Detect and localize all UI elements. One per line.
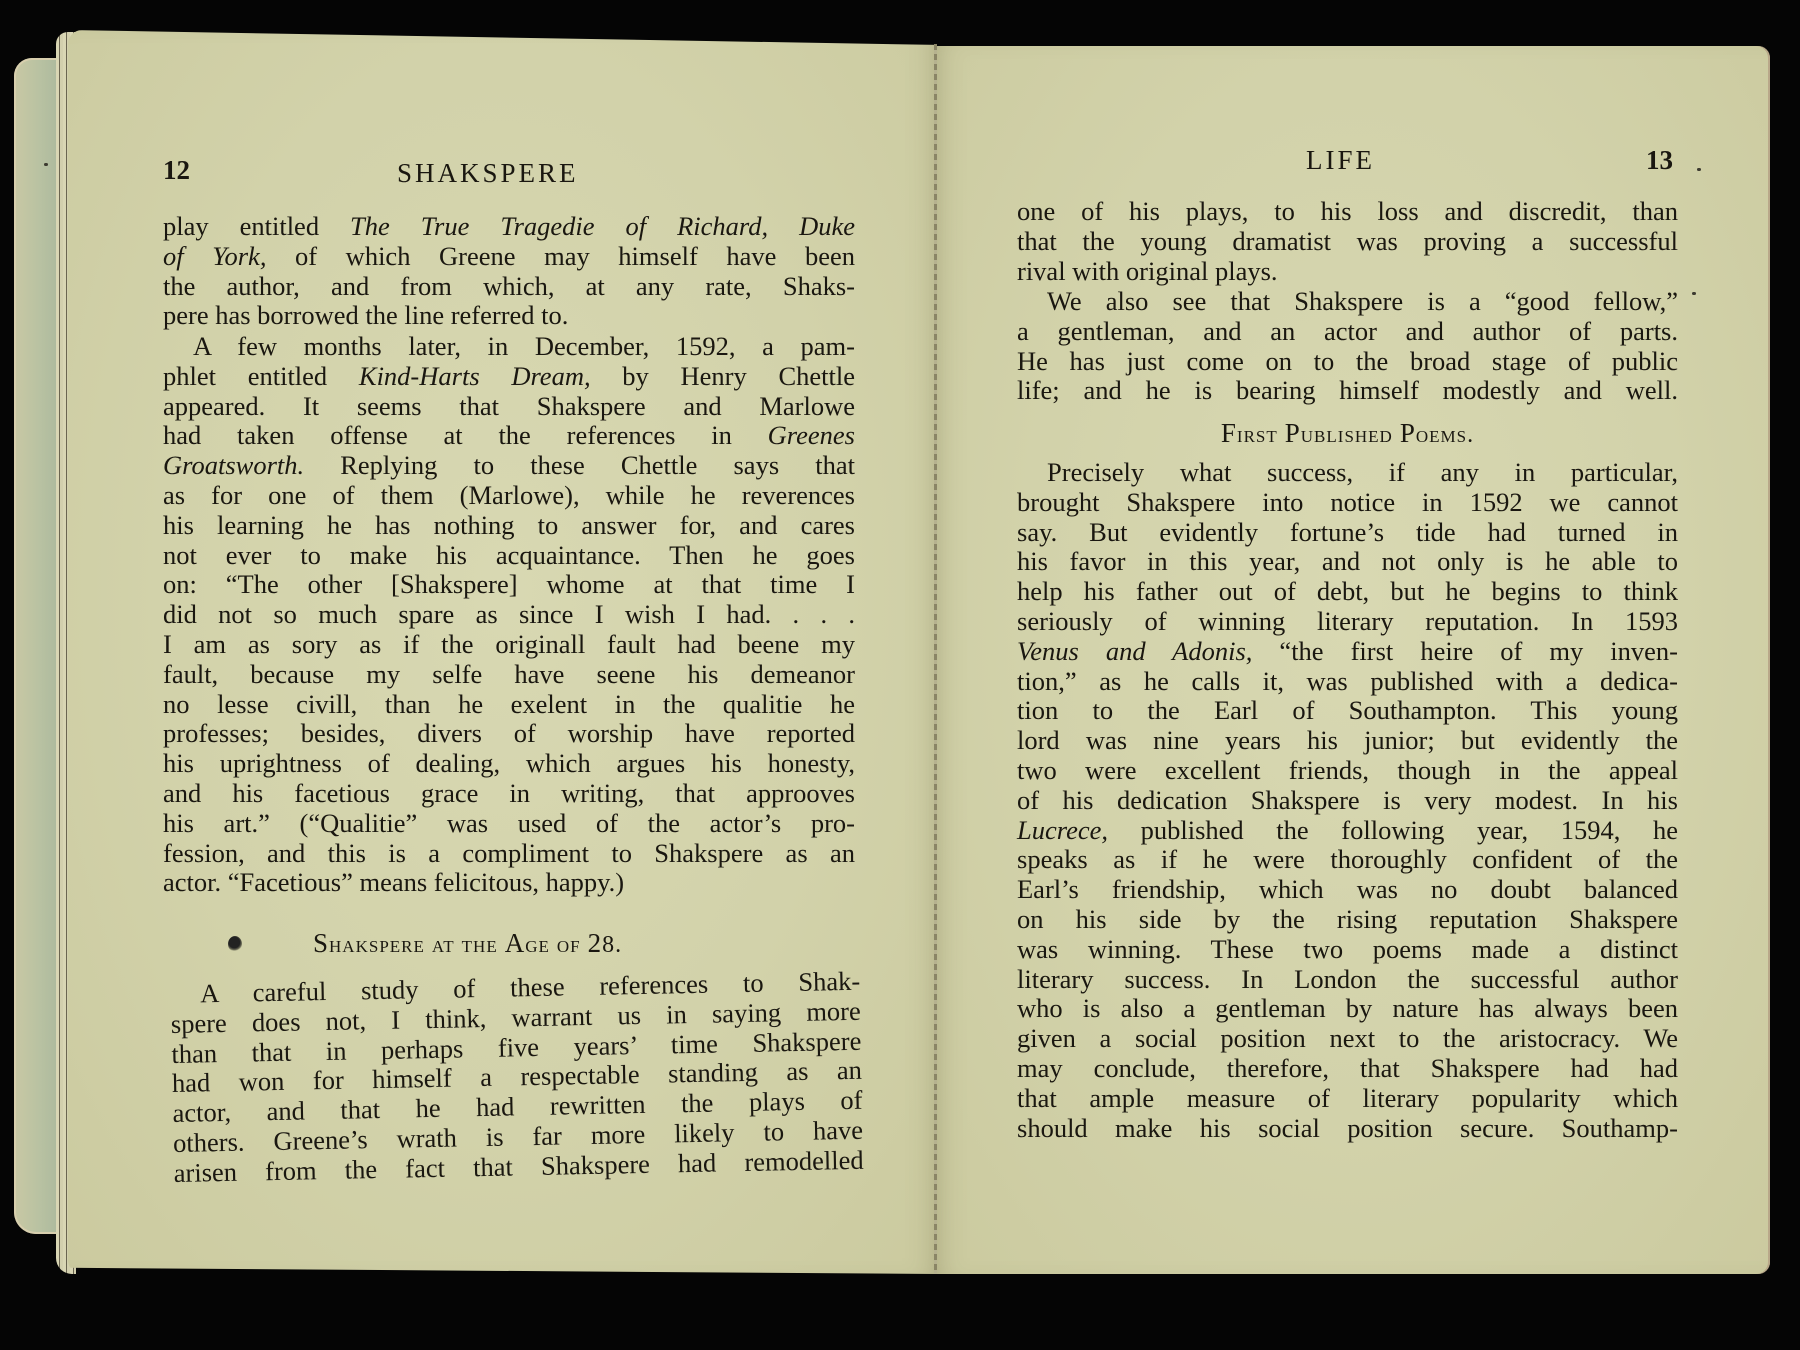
text-run: by Henry Chettle — [591, 361, 855, 391]
text-run: of his dedication Shakspere is very mode… — [1017, 785, 1678, 815]
text-run: not ever to make his acquaintance. Then … — [163, 540, 855, 570]
text-line: lord was nine years his junior; but evid… — [1017, 726, 1678, 756]
right-section-heading-text: First Published Poems. — [1221, 422, 1474, 448]
text-line: literary success. In London the successf… — [1017, 965, 1678, 995]
text-run: “the first heire of my inven- — [1252, 636, 1678, 666]
text-line: his art.” (“Qualitie” was used of the ac… — [163, 809, 855, 839]
text-run: his favor in this year, and not only is … — [1017, 546, 1678, 576]
text-line: on: “The other [Shakspere] whome at that… — [163, 570, 855, 600]
text-run: play entitled — [163, 211, 350, 241]
text-line: who is also a gentleman by nature has al… — [1017, 994, 1678, 1024]
left-paragraph-3: A careful study of these references to S… — [170, 967, 864, 1189]
text-run: one of his plays, to his loss and discre… — [1017, 196, 1678, 226]
text-run: his learning he has nothing to answer fo… — [163, 510, 855, 540]
text-run: pere has borrowed the line referred to. — [163, 300, 568, 330]
text-run: Precisely what success, if any in partic… — [1047, 457, 1678, 487]
text-run: two were excellent friends, though in th… — [1017, 755, 1678, 785]
text-line: He has just come on to the broad stage o… — [1017, 347, 1678, 377]
text-run: I am as sory as if the originall fault h… — [163, 629, 855, 659]
text-line: may conclude, therefore, that Shakspere … — [1017, 1054, 1678, 1084]
left-section-heading-text: Shakspere at the Age of 28. — [313, 932, 622, 958]
text-run: tion,” as he calls it, was published wit… — [1017, 666, 1678, 696]
text-line: given a social position next to the aris… — [1017, 1024, 1678, 1054]
italic-title: Greenes — [768, 420, 855, 450]
text-run: literary success. In London the successf… — [1017, 964, 1678, 994]
text-run: no lesse civill, than he exelent in the … — [163, 689, 855, 719]
text-run: tion to the Earl of Southampton. This yo… — [1017, 695, 1678, 725]
italic-title: The True Tragedie of Richard, Duke — [350, 211, 855, 241]
text-run: seriously of winning literary reputation… — [1017, 606, 1678, 636]
text-line: Lucrece, published the following year, 1… — [1017, 816, 1678, 846]
text-run: and his facetious grace in writing, that… — [163, 778, 855, 808]
text-line: as for one of them (Marlowe), while he r… — [163, 481, 855, 511]
text-run: fault, because my selfe have seene his d… — [163, 659, 855, 689]
text-run: was winning. These two poems made a dist… — [1017, 934, 1678, 964]
text-line: a gentleman, and an actor and author of … — [1017, 317, 1678, 347]
text-line: fession, and this is a compliment to Sha… — [163, 839, 855, 869]
text-run: should make his social position secure. … — [1017, 1113, 1678, 1143]
text-line: help his father out of debt, but he begi… — [1017, 577, 1678, 607]
left-running-head: SHAKSPERE — [397, 158, 579, 189]
text-run: may conclude, therefore, that Shakspere … — [1017, 1053, 1678, 1083]
text-line: appeared. It seems that Shakspere and Ma… — [163, 392, 855, 422]
text-line: brought Shakspere into notice in 1592 we… — [1017, 488, 1678, 518]
text-line: I am as sory as if the originall fault h… — [163, 630, 855, 660]
text-line: life; and he is bearing himself modestly… — [1017, 376, 1678, 406]
text-run: his art.” (“Qualitie” was used of the ac… — [163, 808, 855, 838]
text-line: A few months later, in December, 1592, a… — [163, 332, 855, 362]
text-run: speaks as if he were thoroughly confiden… — [1017, 844, 1678, 874]
left-section-heading: Shakspere at the Age of 28. — [313, 928, 622, 959]
text-run: We also see that Shakspere is a “good fe… — [1047, 286, 1678, 316]
text-line: phlet entitled Kind-Harts Dream, by Henr… — [163, 362, 855, 392]
italic-title: of York, — [163, 241, 266, 271]
text-run: had taken offense at the references in — [163, 420, 768, 450]
text-line: We also see that Shakspere is a “good fe… — [1017, 287, 1678, 317]
text-run: phlet entitled — [163, 361, 359, 391]
text-run: published the following year, 1594, he — [1108, 815, 1678, 845]
text-line: fault, because my selfe have seene his d… — [163, 660, 855, 690]
text-run: on his side by the rising reputation Sha… — [1017, 904, 1678, 934]
left-paragraph-1: play entitled The True Tragedie of Richa… — [163, 212, 855, 331]
text-run: professes; besides, divers of worship ha… — [163, 718, 855, 748]
text-run: who is also a gentleman by nature has al… — [1017, 993, 1678, 1023]
text-run: help his father out of debt, but he begi… — [1017, 576, 1678, 606]
text-run: on: “The other [Shakspere] whome at that… — [163, 569, 855, 599]
text-run: lord was nine years his junior; but evid… — [1017, 725, 1678, 755]
text-line: pere has borrowed the line referred to. — [163, 301, 855, 331]
text-line: was winning. These two poems made a dist… — [1017, 935, 1678, 965]
book-gutter — [934, 44, 937, 1274]
text-run: his uprightness of dealing, which argues… — [163, 748, 855, 778]
text-line: that ample measure of literary popularit… — [1017, 1084, 1678, 1114]
text-line: that the young dramatist was proving a s… — [1017, 227, 1678, 257]
text-line: play entitled The True Tragedie of Richa… — [163, 212, 855, 242]
right-running-head: LIFE — [1306, 145, 1375, 176]
text-line: professes; besides, divers of worship ha… — [163, 719, 855, 749]
text-run: that ample measure of literary popularit… — [1017, 1083, 1678, 1113]
italic-title: Venus and Adonis, — [1017, 636, 1252, 666]
left-paragraph-2: A few months later, in December, 1592, a… — [163, 332, 855, 898]
text-line: his favor in this year, and not only is … — [1017, 547, 1678, 577]
text-run: A few months later, in December, 1592, a… — [193, 331, 855, 361]
text-run: that the young dramatist was proving a s… — [1017, 226, 1678, 256]
text-line: one of his plays, to his loss and discre… — [1017, 197, 1678, 227]
left-page-number: 12 — [163, 155, 190, 186]
text-run: He has just come on to the broad stage o… — [1017, 346, 1678, 376]
text-line: no lesse civill, than he exelent in the … — [163, 690, 855, 720]
right-section-heading: First Published Poems. — [1017, 418, 1678, 449]
text-run: Replying to these Chettle says that — [304, 450, 855, 480]
text-run: did not so much spare as since I wish I … — [163, 599, 855, 629]
text-line: two were excellent friends, though in th… — [1017, 756, 1678, 786]
right-paragraph-1: one of his plays, to his loss and discre… — [1017, 197, 1678, 286]
right-paragraph-2: We also see that Shakspere is a “good fe… — [1017, 287, 1678, 406]
text-line: should make his social position secure. … — [1017, 1114, 1678, 1144]
text-line: Earl’s friendship, which was no doubt ba… — [1017, 875, 1678, 905]
text-line: speaks as if he were thoroughly confiden… — [1017, 845, 1678, 875]
paper-speck — [1692, 292, 1696, 295]
text-line: the author, and from which, at any rate,… — [163, 272, 855, 302]
text-run: a gentleman, and an actor and author of … — [1017, 316, 1678, 346]
text-line: tion to the Earl of Southampton. This yo… — [1017, 696, 1678, 726]
text-run: the author, and from which, at any rate,… — [163, 271, 855, 301]
text-line: his uprightness of dealing, which argues… — [163, 749, 855, 779]
text-line: did not so much spare as since I wish I … — [163, 600, 855, 630]
ink-blot-mark — [228, 936, 242, 952]
text-line: Venus and Adonis, “the first heire of my… — [1017, 637, 1678, 667]
italic-title: Kind-Harts Dream, — [359, 361, 591, 391]
text-line: of York, of which Greene may himself hav… — [163, 242, 855, 272]
text-line: and his facetious grace in writing, that… — [163, 779, 855, 809]
text-line: on his side by the rising reputation Sha… — [1017, 905, 1678, 935]
right-paragraph-3: Precisely what success, if any in partic… — [1017, 458, 1678, 1143]
text-run: say. But evidently fortune’s tide had tu… — [1017, 517, 1678, 547]
paper-speck — [1697, 168, 1701, 171]
right-page-number: 13 — [1646, 145, 1673, 176]
text-run: as for one of them (Marlowe), while he r… — [163, 480, 855, 510]
text-run: actor. “Facetious” means felicitous, hap… — [163, 867, 624, 897]
italic-title: Groatsworth. — [163, 450, 304, 480]
text-run: rival with original plays. — [1017, 256, 1278, 286]
text-run: given a social position next to the aris… — [1017, 1023, 1678, 1053]
text-line: actor. “Facetious” means felicitous, hap… — [163, 868, 855, 898]
text-run: fession, and this is a compliment to Sha… — [163, 838, 855, 868]
text-line: Groatsworth. Replying to these Chettle s… — [163, 451, 855, 481]
text-line: his learning he has nothing to answer fo… — [163, 511, 855, 541]
text-line: rival with original plays. — [1017, 257, 1678, 287]
text-run: Earl’s friendship, which was no doubt ba… — [1017, 874, 1678, 904]
text-run: life; and he is bearing himself modestly… — [1017, 375, 1678, 405]
text-line: not ever to make his acquaintance. Then … — [163, 541, 855, 571]
text-run: of which Greene may himself have been — [266, 241, 855, 271]
text-run: appeared. It seems that Shakspere and Ma… — [163, 391, 855, 421]
text-line: of his dedication Shakspere is very mode… — [1017, 786, 1678, 816]
cover-speck — [44, 163, 48, 166]
text-run: brought Shakspere into notice in 1592 we… — [1017, 487, 1678, 517]
text-line: seriously of winning literary reputation… — [1017, 607, 1678, 637]
text-line: had taken offense at the references in G… — [163, 421, 855, 451]
italic-title: Lucrece, — [1017, 815, 1108, 845]
text-line: say. But evidently fortune’s tide had tu… — [1017, 518, 1678, 548]
text-line: tion,” as he calls it, was published wit… — [1017, 667, 1678, 697]
text-line: Precisely what success, if any in partic… — [1017, 458, 1678, 488]
